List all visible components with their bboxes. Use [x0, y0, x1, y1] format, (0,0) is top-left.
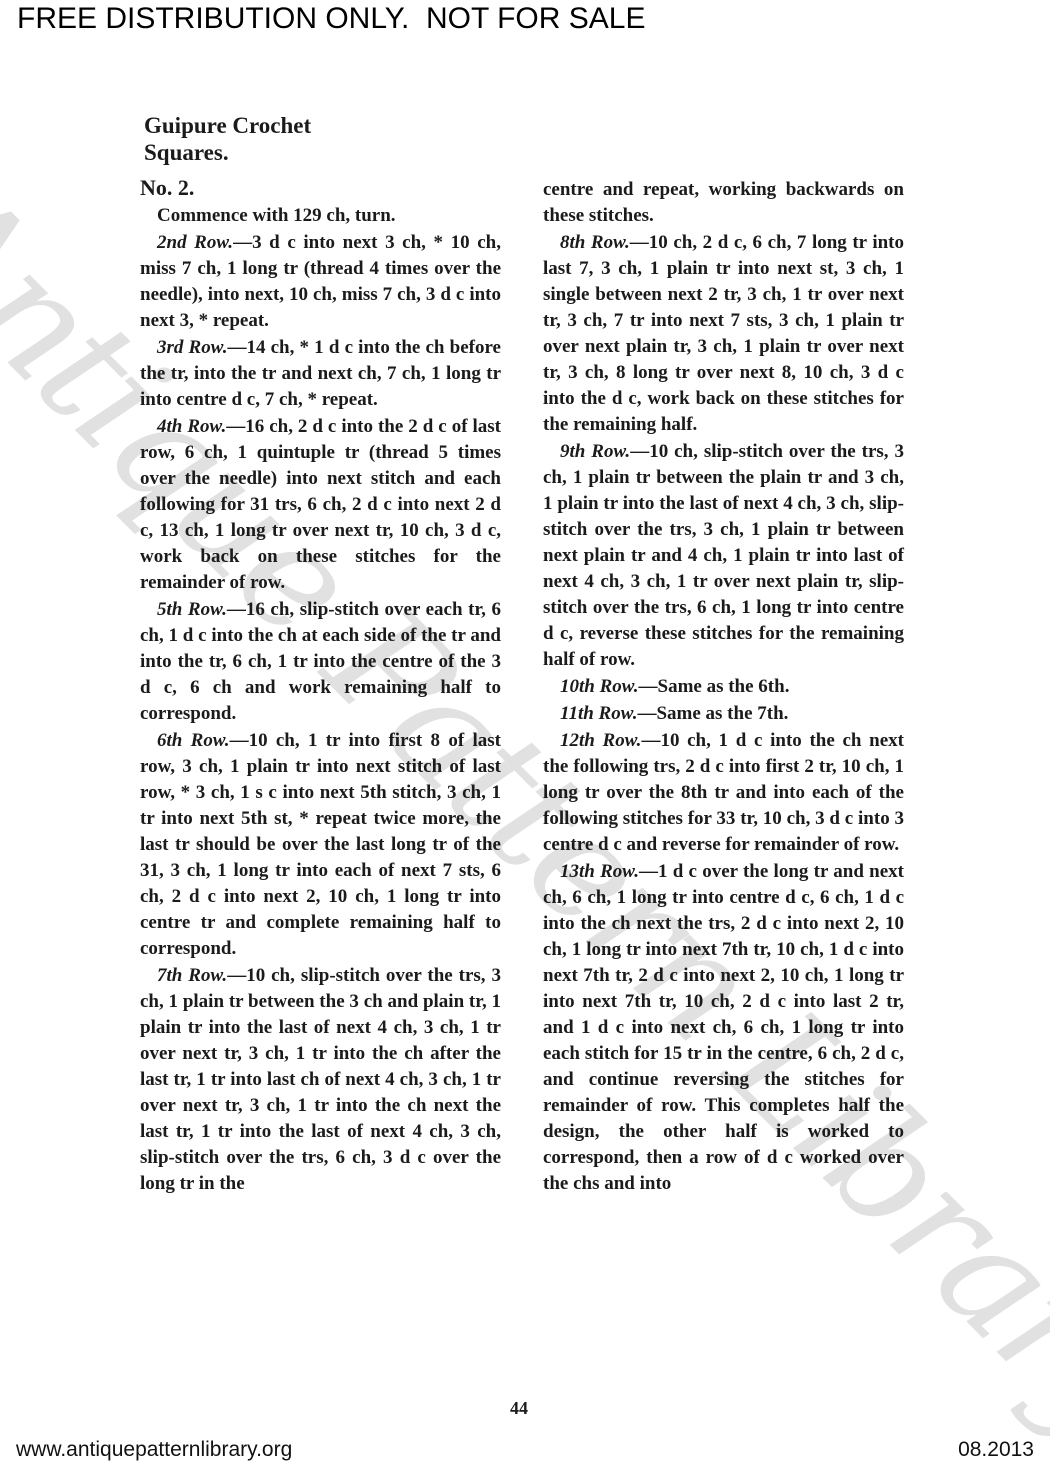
intro-paragraph: Commence with 129 ch, turn. — [140, 203, 501, 229]
row-paragraph-11th: 11th Row.—Same as the 7th. — [543, 701, 904, 727]
title-line-1: Guipure Crochet — [144, 112, 311, 139]
row-label: 11th Row. — [560, 703, 637, 724]
row-paragraph-12th: 12th Row.—10 ch, 1 d c into the ch next … — [543, 728, 904, 858]
page-title: Guipure Crochet Squares. — [144, 112, 311, 166]
distribution-notice: FREE DISTRIBUTION ONLY. NOT FOR SALE — [17, 2, 645, 36]
row-paragraph-5th: 5th Row.—16 ch, slip-stitch over each tr… — [140, 597, 501, 727]
row-text: —1 d c over the long tr and next ch, 6 c… — [543, 861, 904, 1194]
row-label: 5th Row. — [157, 599, 227, 620]
row-label: 7th Row. — [157, 965, 227, 986]
row-paragraph-8th: 8th Row.—10 ch, 2 d c, 6 ch, 7 long tr i… — [543, 230, 904, 438]
row-paragraph-9th: 9th Row.—10 ch, slip-stitch over the trs… — [543, 439, 904, 673]
row-paragraph-13th: 13th Row.—1 d c over the long tr and nex… — [543, 859, 904, 1197]
row-paragraph-3rd: 3rd Row.—14 ch, * 1 d c into the ch befo… — [140, 335, 501, 413]
row-text: —10 ch, slip-stitch over the trs, 3 ch, … — [543, 441, 904, 670]
row-paragraph-7th: 7th Row.—10 ch, slip-stitch over the trs… — [140, 963, 501, 1197]
row-label: 13th Row. — [560, 861, 639, 882]
row-text: —10 ch, 1 tr into first 8 of last row, 3… — [140, 730, 501, 959]
row-text: —Same as the 7th. — [637, 703, 788, 724]
title-line-2: Squares. — [144, 139, 311, 166]
left-column: Commence with 129 ch, turn. 2nd Row.—3 d… — [140, 203, 501, 1198]
footer-date: 08.2013 — [958, 1438, 1034, 1462]
row-text: —Same as the 6th. — [639, 676, 790, 697]
row-text: —10 ch, slip-stitch over the trs, 3 ch, … — [140, 965, 501, 1194]
row-paragraph-6th: 6th Row.—10 ch, 1 tr into first 8 of las… — [140, 728, 501, 962]
row-label: 4th Row. — [157, 416, 226, 437]
scanned-page: Antique Pattern Library FREE DISTRIBUTIO… — [0, 0, 1050, 1483]
pattern-number: No. 2. — [140, 175, 194, 201]
row-label: 6th Row. — [157, 730, 230, 751]
row-paragraph-2nd: 2nd Row.—3 d c into next 3 ch, * 10 ch, … — [140, 230, 501, 334]
row-text: —16 ch, 2 d c into the 2 d c of last row… — [140, 416, 501, 593]
row-label: 12th Row. — [560, 730, 641, 751]
row-label: 2nd Row. — [157, 232, 233, 253]
footer-url: www.antiquepatternlibrary.org — [16, 1438, 292, 1462]
row-paragraph-10th: 10th Row.—Same as the 6th. — [543, 674, 904, 700]
continuation-paragraph: centre and repeat, working backwards on … — [543, 177, 904, 229]
row-label: 10th Row. — [560, 676, 639, 697]
row-label: 9th Row. — [560, 441, 630, 462]
row-label: 8th Row. — [560, 232, 630, 253]
row-label: 3rd Row. — [157, 337, 227, 358]
row-paragraph-4th: 4th Row.—16 ch, 2 d c into the 2 d c of … — [140, 414, 501, 596]
row-text: —10 ch, 2 d c, 6 ch, 7 long tr into last… — [543, 232, 904, 435]
page-number: 44 — [510, 1398, 528, 1419]
right-column: centre and repeat, working backwards on … — [543, 177, 904, 1198]
